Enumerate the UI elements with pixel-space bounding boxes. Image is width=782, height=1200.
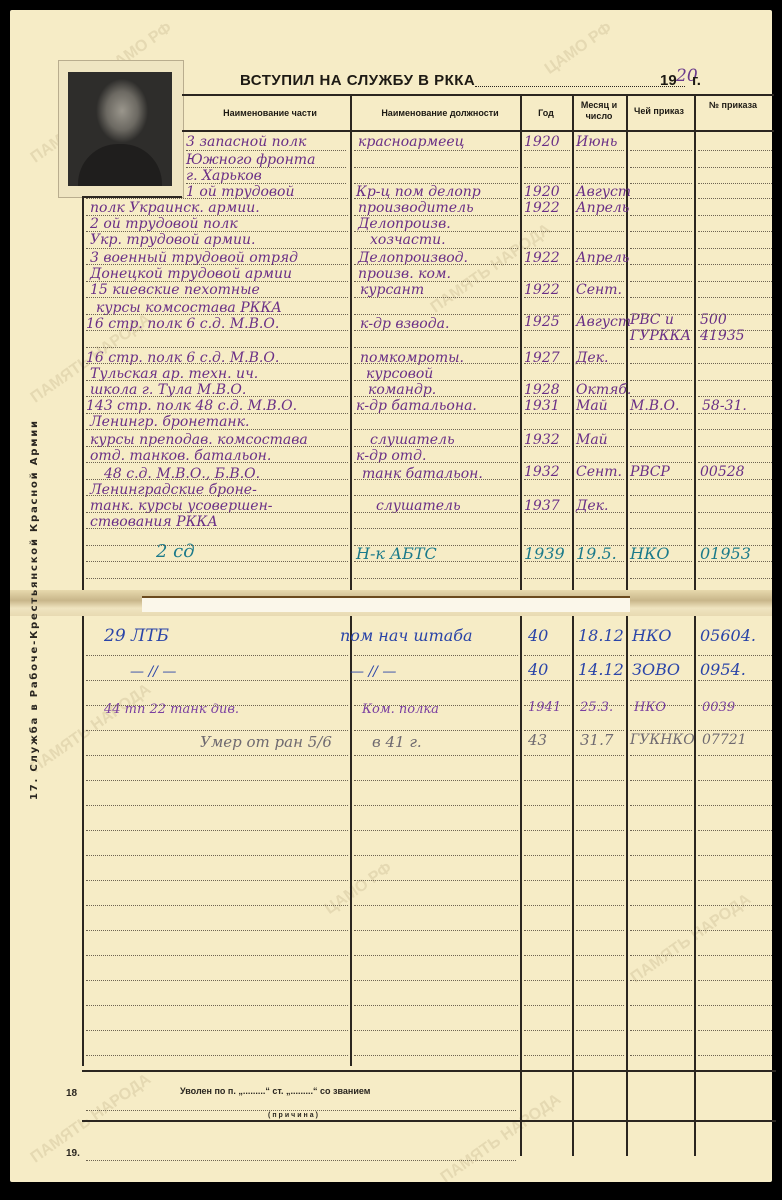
ruling-line [576, 980, 624, 981]
ruling-line [354, 413, 518, 414]
cell-position: — // — [350, 664, 396, 680]
ruling-line [698, 561, 772, 562]
ruling-line [354, 528, 518, 529]
ruling-line [576, 830, 624, 831]
cell-order-no: 0039 [702, 700, 735, 716]
ruling-line [86, 512, 348, 513]
ruling-line [698, 363, 772, 364]
ruling-line [576, 150, 624, 151]
ruling-line [354, 1030, 518, 1031]
ruling-line [630, 512, 692, 513]
cell-year: 40 [528, 628, 548, 644]
ruling-line [354, 905, 518, 906]
ruling-line [354, 1005, 518, 1006]
ruling-line [576, 215, 624, 216]
ruling-line [524, 578, 570, 579]
ruling-line [698, 167, 772, 168]
ruling-line [698, 462, 772, 463]
ruling-line [354, 330, 518, 331]
ruling-line [576, 330, 624, 331]
table-left-border [82, 196, 84, 1066]
ruling-line [630, 730, 692, 731]
header-bottom-rule [182, 130, 774, 132]
ruling-line [86, 396, 348, 397]
ruling-line [698, 680, 772, 681]
ruling-line [86, 248, 348, 249]
ruling-line [524, 167, 570, 168]
ruling-line [86, 880, 348, 881]
cell-year: 40 [528, 662, 548, 678]
ruling-line [354, 264, 518, 265]
col-header-order-by: Чей приказ [626, 106, 692, 117]
year-suffix: г. [692, 72, 701, 89]
page-title: ВСТУПИЛ НА СЛУЖБУ В РККА [240, 72, 475, 89]
cell-position: Делопроизв. [358, 216, 451, 232]
ruling-line [630, 479, 692, 480]
ruling-line [698, 347, 772, 348]
ruling-line [576, 248, 624, 249]
ruling-line [524, 347, 570, 348]
ruling-line [354, 730, 518, 731]
ruling-line [698, 755, 772, 756]
ruling-line [86, 578, 348, 579]
ruling-line [576, 363, 624, 364]
ruling-line [698, 314, 772, 315]
ruling-line [630, 248, 692, 249]
ruling-line [630, 363, 692, 364]
cell-position: танк батальон. [362, 466, 483, 482]
cell-position: курсант [360, 282, 424, 298]
ruling-line [630, 413, 692, 414]
ruling-line [698, 281, 772, 282]
cell-unit: — // — [130, 664, 176, 680]
ruling-line [576, 561, 624, 562]
year-prefix: 19 [660, 72, 677, 89]
cell-unit: Ленингр. бронетанк. [90, 414, 249, 430]
ruling-line [698, 545, 772, 546]
ruling-line [524, 1005, 570, 1006]
ruling-line [354, 183, 518, 184]
ruling-line [86, 231, 348, 232]
ruling-line [524, 297, 570, 298]
ruling-line [576, 1005, 624, 1006]
cell-unit: 2 ой трудовой полк [90, 216, 238, 232]
ruling-line [698, 429, 772, 430]
ruling-line [576, 905, 624, 906]
ruling-line [524, 429, 570, 430]
ruling-line [630, 528, 692, 529]
col-header-position: Наименование должности [360, 108, 520, 119]
cell-position: Н-к АБТС [356, 546, 437, 562]
col-divider [350, 96, 352, 1066]
ruling-line [354, 198, 518, 199]
ruling-line [86, 980, 348, 981]
ruling-line [86, 655, 348, 656]
cell-month-day: Сент. [576, 282, 622, 298]
ruling-line [524, 413, 570, 414]
ruling-line [576, 231, 624, 232]
ruling-line [630, 396, 692, 397]
cell-order-no: 05604. [700, 628, 756, 644]
col-divider [572, 96, 574, 1156]
cell-month-day: 14.12 [578, 662, 624, 678]
ruling-line [354, 1055, 518, 1056]
ruling-line [86, 705, 348, 706]
cell-unit: 29 ЛТБ [104, 628, 169, 644]
ruling-line [354, 561, 518, 562]
ruling-line [354, 215, 518, 216]
row-number-19: 19. [66, 1148, 80, 1159]
ruling-line [576, 413, 624, 414]
ruling-line [698, 446, 772, 447]
ruling-line [630, 495, 692, 496]
ruling-line [630, 429, 692, 430]
ruling-line [576, 167, 624, 168]
ruling-line [86, 855, 348, 856]
cell-month-day: 19.5. [576, 546, 617, 562]
ruling-line [86, 380, 348, 381]
ruling-line [186, 167, 346, 168]
ruling-line [576, 655, 624, 656]
ruling-line [354, 855, 518, 856]
ruling-line [86, 264, 348, 265]
ruling-line [524, 380, 570, 381]
ruling-line [698, 495, 772, 496]
ruling-line [86, 363, 348, 364]
ruling-line [698, 1005, 772, 1006]
ruling-line [354, 363, 518, 364]
ruling-line [86, 330, 348, 331]
ruling-line [630, 755, 692, 756]
ruling-line [576, 183, 624, 184]
ruling-line [576, 264, 624, 265]
ruling-line [630, 330, 692, 331]
ruling-line [630, 545, 692, 546]
ruling-line [698, 264, 772, 265]
ruling-line [524, 231, 570, 232]
ruling-line [524, 281, 570, 282]
ruling-line [698, 980, 772, 981]
ruling-line [698, 479, 772, 480]
ruling-line [354, 462, 518, 463]
ruling-line [630, 705, 692, 706]
ruling-line [576, 429, 624, 430]
ruling-line [698, 512, 772, 513]
ruling-line [576, 281, 624, 282]
row-number-18: 18 [66, 1088, 77, 1099]
ruling-line [524, 955, 570, 956]
title-date-line [475, 86, 685, 87]
ruling-line [698, 198, 772, 199]
ruling-line [86, 198, 348, 199]
cell-order-by: НКО [634, 700, 666, 716]
ruling-line [698, 330, 772, 331]
ruling-line [576, 755, 624, 756]
ruling-line [630, 264, 692, 265]
cell-unit: 2 сд [156, 544, 195, 560]
ruling-line [524, 805, 570, 806]
ruling-line [354, 380, 518, 381]
ruling-line [524, 150, 570, 151]
ruling-line [86, 297, 348, 298]
ruling-line [698, 578, 772, 579]
ruling-line [354, 930, 518, 931]
ruling-line [630, 578, 692, 579]
ruling-line [630, 167, 692, 168]
ruling-line [524, 446, 570, 447]
ruling-line [698, 215, 772, 216]
header-top-rule [182, 94, 774, 96]
ruling-line [630, 150, 692, 151]
ruling-line [186, 150, 346, 151]
ruling-line [86, 314, 348, 315]
ruling-line [698, 655, 772, 656]
ruling-line [524, 314, 570, 315]
side-section-label: 17. Служба в Рабоче-Крестьянской Красной… [40, 440, 56, 800]
ruling-line [698, 855, 772, 856]
ruling-line [86, 805, 348, 806]
cell-unit: Укр. трудовой армии. [90, 232, 255, 248]
cell-month-day: 25.3. [580, 700, 613, 716]
ruling-line [354, 479, 518, 480]
ruling-line [524, 680, 570, 681]
cell-unit: 3 запасной полк [186, 134, 306, 150]
ruling-line [698, 830, 772, 831]
ruling-line [630, 314, 692, 315]
ruling-line [576, 479, 624, 480]
ruling-line [576, 396, 624, 397]
ruling-line [698, 1055, 772, 1056]
ruling-line [86, 281, 348, 282]
ruling-line [576, 446, 624, 447]
reason-line [86, 1110, 516, 1111]
ruling-line [354, 429, 518, 430]
row19-line [86, 1160, 516, 1161]
ruling-line [524, 830, 570, 831]
discharge-text: Уволен по п. „.........“ ст. „.........“… [180, 1086, 370, 1096]
ruling-line [354, 805, 518, 806]
col-divider [520, 96, 522, 1156]
ruling-line [630, 680, 692, 681]
col-header-year: Год [522, 108, 570, 119]
ruling-line [524, 183, 570, 184]
cell-unit: 15 киевские пехотные [90, 282, 260, 298]
ruling-line [630, 955, 692, 956]
ruling-line [576, 705, 624, 706]
ruling-line [576, 297, 624, 298]
ruling-line [576, 198, 624, 199]
ruling-line [698, 297, 772, 298]
col-header-unit: Наименование части [200, 108, 340, 119]
cell-year: 1939 [524, 546, 565, 562]
ruling-line [698, 905, 772, 906]
ruling-line [524, 495, 570, 496]
cell-year: 1925 [524, 314, 560, 330]
ruling-line [698, 231, 772, 232]
ruling-line [698, 880, 772, 881]
ruling-line [86, 680, 348, 681]
ruling-line [354, 955, 518, 956]
ruling-line [698, 730, 772, 731]
ruling-line [86, 528, 348, 529]
ruling-line [354, 755, 518, 756]
ruling-line [524, 462, 570, 463]
ruling-line [354, 830, 518, 831]
col-header-month-day: Месяц и число [574, 100, 624, 122]
ruling-line [630, 1005, 692, 1006]
ruling-line [354, 150, 518, 151]
ruling-line [630, 980, 692, 981]
ruling-line [524, 780, 570, 781]
ruling-line [354, 396, 518, 397]
ruling-line [524, 198, 570, 199]
ruling-line [576, 528, 624, 529]
ruling-line [354, 545, 518, 546]
ruling-line [630, 780, 692, 781]
ruling-line [630, 880, 692, 881]
ruling-line [354, 231, 518, 232]
cell-unit: Умер от ран 5/6 [200, 734, 332, 750]
ruling-line [354, 248, 518, 249]
ruling-line [630, 905, 692, 906]
ruling-line [630, 347, 692, 348]
ruling-line [354, 314, 518, 315]
ruling-line [576, 462, 624, 463]
cell-order-by: НКО [630, 546, 669, 562]
ruling-line [86, 1030, 348, 1031]
ruling-line [524, 396, 570, 397]
ruling-line [630, 380, 692, 381]
cell-order-by: НКО [632, 628, 671, 644]
cell-position: пом нач штаба [340, 628, 473, 644]
ruling-line [86, 479, 348, 480]
ruling-line [354, 167, 518, 168]
ruling-line [630, 855, 692, 856]
ruling-line [698, 955, 772, 956]
cell-year: 1941 [528, 700, 561, 716]
ruling-line [576, 805, 624, 806]
ruling-line [86, 830, 348, 831]
cell-month-day: 31.7 [580, 732, 613, 748]
cell-month-day: 18.12 [578, 628, 624, 644]
ruling-line [576, 855, 624, 856]
ruling-line [186, 183, 346, 184]
ruling-line [86, 930, 348, 931]
cell-order-by: ГУКНКО [630, 732, 695, 748]
ruling-line [354, 705, 518, 706]
ruling-line [698, 183, 772, 184]
ruling-line [630, 1030, 692, 1031]
ruling-line [630, 1055, 692, 1056]
ruling-line [86, 462, 348, 463]
ruling-line [86, 755, 348, 756]
ruling-line [630, 297, 692, 298]
ruling-line [524, 855, 570, 856]
ruling-line [630, 183, 692, 184]
ruling-line [524, 930, 570, 931]
page-fold [10, 590, 772, 616]
ruling-line [698, 150, 772, 151]
footer-top-rule [82, 1070, 776, 1072]
ruling-line [576, 347, 624, 348]
ruling-line [524, 479, 570, 480]
ruling-line [86, 347, 348, 348]
ruling-line [354, 655, 518, 656]
ruling-line [630, 446, 692, 447]
ruling-line [576, 880, 624, 881]
ruling-line [698, 705, 772, 706]
ruling-line [86, 780, 348, 781]
ruling-line [524, 705, 570, 706]
ruling-line [524, 730, 570, 731]
ruling-line [524, 1030, 570, 1031]
ruling-line [86, 413, 348, 414]
ruling-line [524, 330, 570, 331]
cell-unit: г. Харьков [186, 168, 262, 184]
ruling-line [524, 264, 570, 265]
ruling-line [630, 462, 692, 463]
ruling-line [524, 528, 570, 529]
ruling-line [354, 297, 518, 298]
ruling-line [576, 930, 624, 931]
ruling-line [354, 446, 518, 447]
ruling-line [86, 215, 348, 216]
ruling-line [576, 955, 624, 956]
ruling-line [86, 905, 348, 906]
ruling-line [630, 805, 692, 806]
reason-label: (причина) [268, 1112, 320, 1119]
ruling-line [524, 980, 570, 981]
ruling-line [354, 578, 518, 579]
ruling-line [354, 281, 518, 282]
cell-month-day: Июнь [576, 134, 617, 150]
ruling-line [354, 680, 518, 681]
col-divider [694, 96, 696, 1156]
ruling-line [576, 380, 624, 381]
ruling-line [698, 380, 772, 381]
ruling-line [630, 198, 692, 199]
ruling-line [524, 512, 570, 513]
ruling-line [698, 413, 772, 414]
ruling-line [576, 545, 624, 546]
ruling-line [698, 780, 772, 781]
ruling-line [698, 1030, 772, 1031]
col-header-order-no: № приказа [698, 100, 768, 111]
footer-mid-rule [82, 1120, 776, 1122]
ruling-line [86, 495, 348, 496]
ruling-line [630, 561, 692, 562]
ruling-line [524, 1055, 570, 1056]
ruling-line [86, 446, 348, 447]
ruling-line [354, 512, 518, 513]
cell-year: 43 [528, 732, 547, 748]
ruling-line [630, 231, 692, 232]
cell-month-day: Август [576, 314, 631, 330]
ruling-line [576, 1055, 624, 1056]
ruling-line [354, 495, 518, 496]
ruling-line [86, 730, 348, 731]
ruling-line [524, 905, 570, 906]
ruling-line [354, 980, 518, 981]
cell-order-by: ЗОВО [632, 662, 680, 678]
ruling-line [354, 880, 518, 881]
ruling-line [354, 780, 518, 781]
cell-order-no: 0954. [700, 662, 746, 678]
ruling-line [524, 363, 570, 364]
ruling-line [576, 578, 624, 579]
ruling-line [630, 830, 692, 831]
ruling-line [86, 955, 348, 956]
